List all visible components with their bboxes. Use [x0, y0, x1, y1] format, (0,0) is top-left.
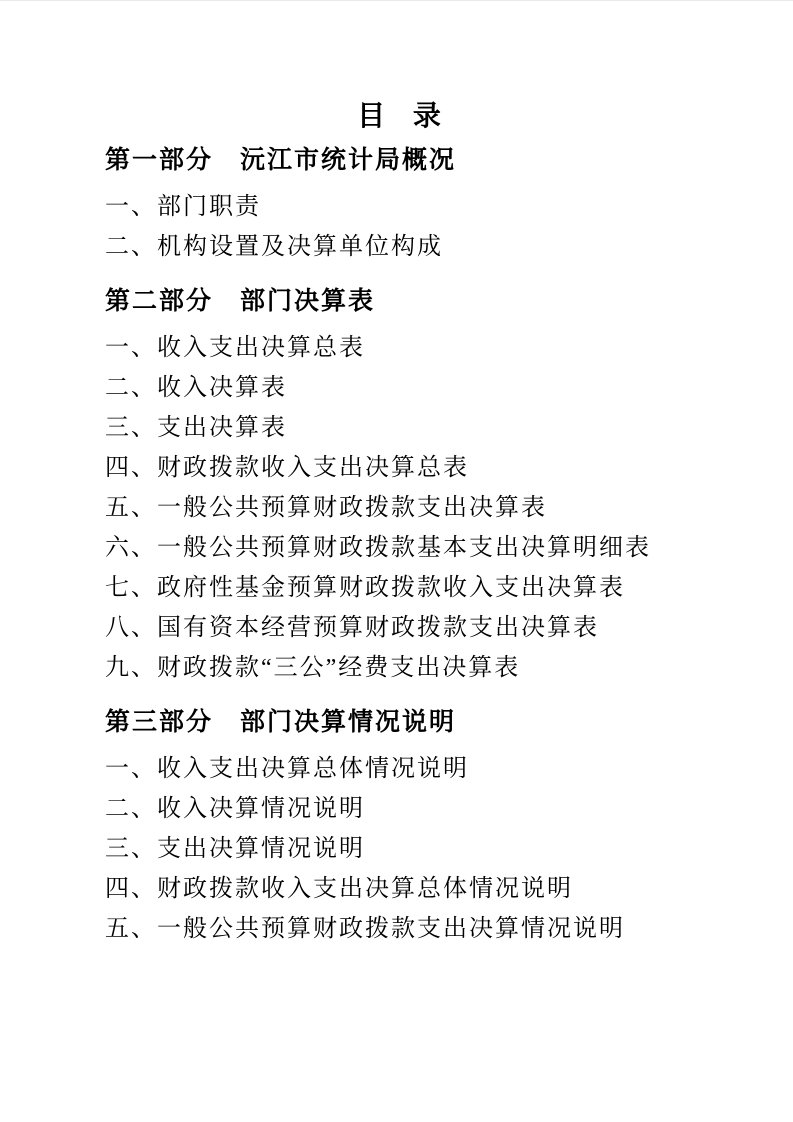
toc-item: 三、支出决算表: [105, 408, 693, 448]
toc-item: 一、收入支出决算总体情况说明: [105, 749, 693, 789]
toc-item: 六、一般公共预算财政拨款基本支出决算明细表: [105, 528, 693, 568]
document-page: 目 录 第一部分 沅江市统计局概况 一、部门职责 二、机构设置及决算单位构成 第…: [0, 0, 793, 1122]
toc-item: 三、支出决算情况说明: [105, 829, 693, 869]
section-3-heading: 第三部分 部门决算情况说明: [105, 702, 693, 742]
toc-item: 二、收入决算表: [105, 368, 693, 408]
toc-item: 五、一般公共预算财政拨款支出决算情况说明: [105, 909, 693, 949]
toc-item: 八、国有资本经营预算财政拨款支出决算表: [105, 608, 693, 648]
toc-item: 四、财政拨款收入支出决算总表: [105, 448, 693, 488]
toc-item: 九、财政拨款“三公”经费支出决算表: [105, 648, 693, 688]
toc-item: 七、政府性基金预算财政拨款收入支出决算表: [105, 568, 693, 608]
toc-item: 二、机构设置及决算单位构成: [105, 227, 693, 267]
toc-item: 四、财政拨款收入支出决算总体情况说明: [105, 869, 693, 909]
toc-item: 一、部门职责: [105, 187, 693, 227]
toc-item: 五、一般公共预算财政拨款支出决算表: [105, 488, 693, 528]
section-1-heading: 第一部分 沅江市统计局概况: [105, 140, 693, 180]
section-2-heading: 第二部分 部门决算表: [105, 281, 693, 321]
toc-item: 一、收入支出决算总表: [105, 328, 693, 368]
toc-item: 二、收入决算情况说明: [105, 789, 693, 829]
toc-title: 目 录: [105, 96, 693, 136]
